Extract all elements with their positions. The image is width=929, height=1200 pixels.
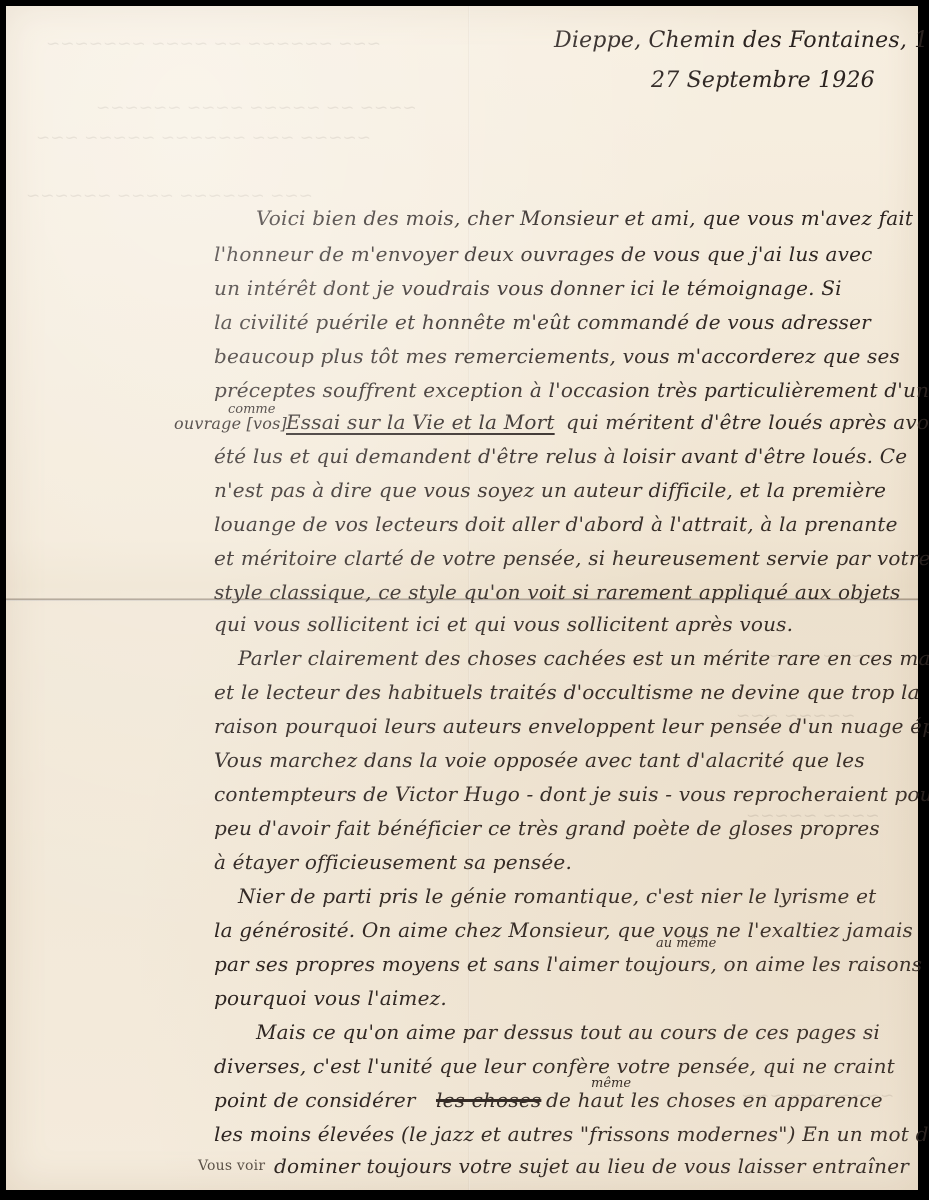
letter-line: louange de vos lecteurs doit aller d'abo… (214, 512, 898, 536)
letter-line: peu d'avoir fait bénéficier ce très gran… (214, 816, 880, 840)
bleed-through-text: ~~~~ ~~ ~~~~~ ~~~~ ~~~~~~ (96, 98, 417, 118)
letter-line: style classique, ce style qu'on voit si … (214, 580, 900, 604)
letter-line: de haut les choses en apparence (546, 1088, 883, 1112)
letter-line: point de considérer (214, 1088, 416, 1112)
letter-line: ouvrage [vos] (174, 414, 287, 433)
bleed-through-text: ~~~~~ ~~~ ~~~~~~ ~~~~~ ~~~ (36, 128, 371, 148)
letter-line: et méritoire clarté de votre pensée, si … (214, 546, 929, 570)
letter-line: un intérêt dont je voudrais vous donner … (214, 276, 842, 300)
bleed-through-text: ~~~ ~~~~~~ ~~ ~~~~ ~~~~~~~ (46, 34, 381, 54)
letter-line: Voici bien des mois, cher Monsieur et am… (256, 206, 913, 230)
book-title-underlined: Essai sur la Vie et la Mort (286, 410, 555, 434)
letter-line: contempteurs de Victor Hugo - dont je su… (214, 782, 929, 806)
letter-date: 27 Septembre 1926 (651, 68, 875, 93)
letter-line: qui méritent d'être loués après avoir (566, 410, 929, 434)
bleed-through-text: ~~~ ~~~~~~ ~~~~ ~~~~~~ (26, 186, 313, 206)
letter-line: pourquoi vous l'aimez. (214, 986, 447, 1010)
letter-line: été lus et qui demandent d'être relus à … (214, 444, 907, 468)
struck-out-text: les choses (436, 1088, 541, 1112)
letter-line: diverses, c'est l'unité que leur confère… (214, 1054, 895, 1078)
letter-line: dominer toujours votre sujet au lieu de … (274, 1154, 909, 1178)
letter-line: la générosité. On aime chez Monsieur, qu… (214, 918, 913, 942)
letter-line: Vous marchez dans la voie opposée avec t… (214, 748, 865, 772)
letter-page: ~~~ ~~~~~~ ~~ ~~~~ ~~~~~~~ ~~~~ ~~ ~~~~~… (6, 6, 918, 1190)
letter-line: à étayer officieusement sa pensée. (214, 850, 572, 874)
margin-insertion: Vous voir (198, 1158, 265, 1174)
letter-place: Dieppe, Chemin des Fontaines, 1 (554, 28, 928, 53)
letter-line: par ses propres moyens et sans l'aimer t… (214, 952, 922, 976)
letter-line: raison pourquoi leurs auteurs enveloppen… (214, 714, 929, 738)
insertion-au-meme: au même (656, 936, 716, 951)
letter-line: n'est pas à dire que vous soyez un auteu… (214, 478, 886, 502)
letter-line: beaucoup plus tôt mes remerciements, vou… (214, 344, 900, 368)
letter-line: préceptes souffrent exception à l'occasi… (214, 378, 929, 402)
letter-line: qui vous sollicitent ici et qui vous sol… (214, 612, 793, 636)
letter-line: et le lecteur des habituels traités d'oc… (214, 680, 920, 704)
letter-line: Nier de parti pris le génie romantique, … (238, 884, 876, 908)
letter-line: Mais ce qu'on aime par dessus tout au co… (256, 1020, 880, 1044)
letter-line: Parler clairement des choses cachées est… (238, 646, 929, 670)
letter-line: les moins élevées (le jazz et autres "fr… (214, 1122, 929, 1146)
letter-line: l'honneur de m'envoyer deux ouvrages de … (214, 242, 873, 266)
letter-line: la civilité puérile et honnête m'eût com… (214, 310, 871, 334)
